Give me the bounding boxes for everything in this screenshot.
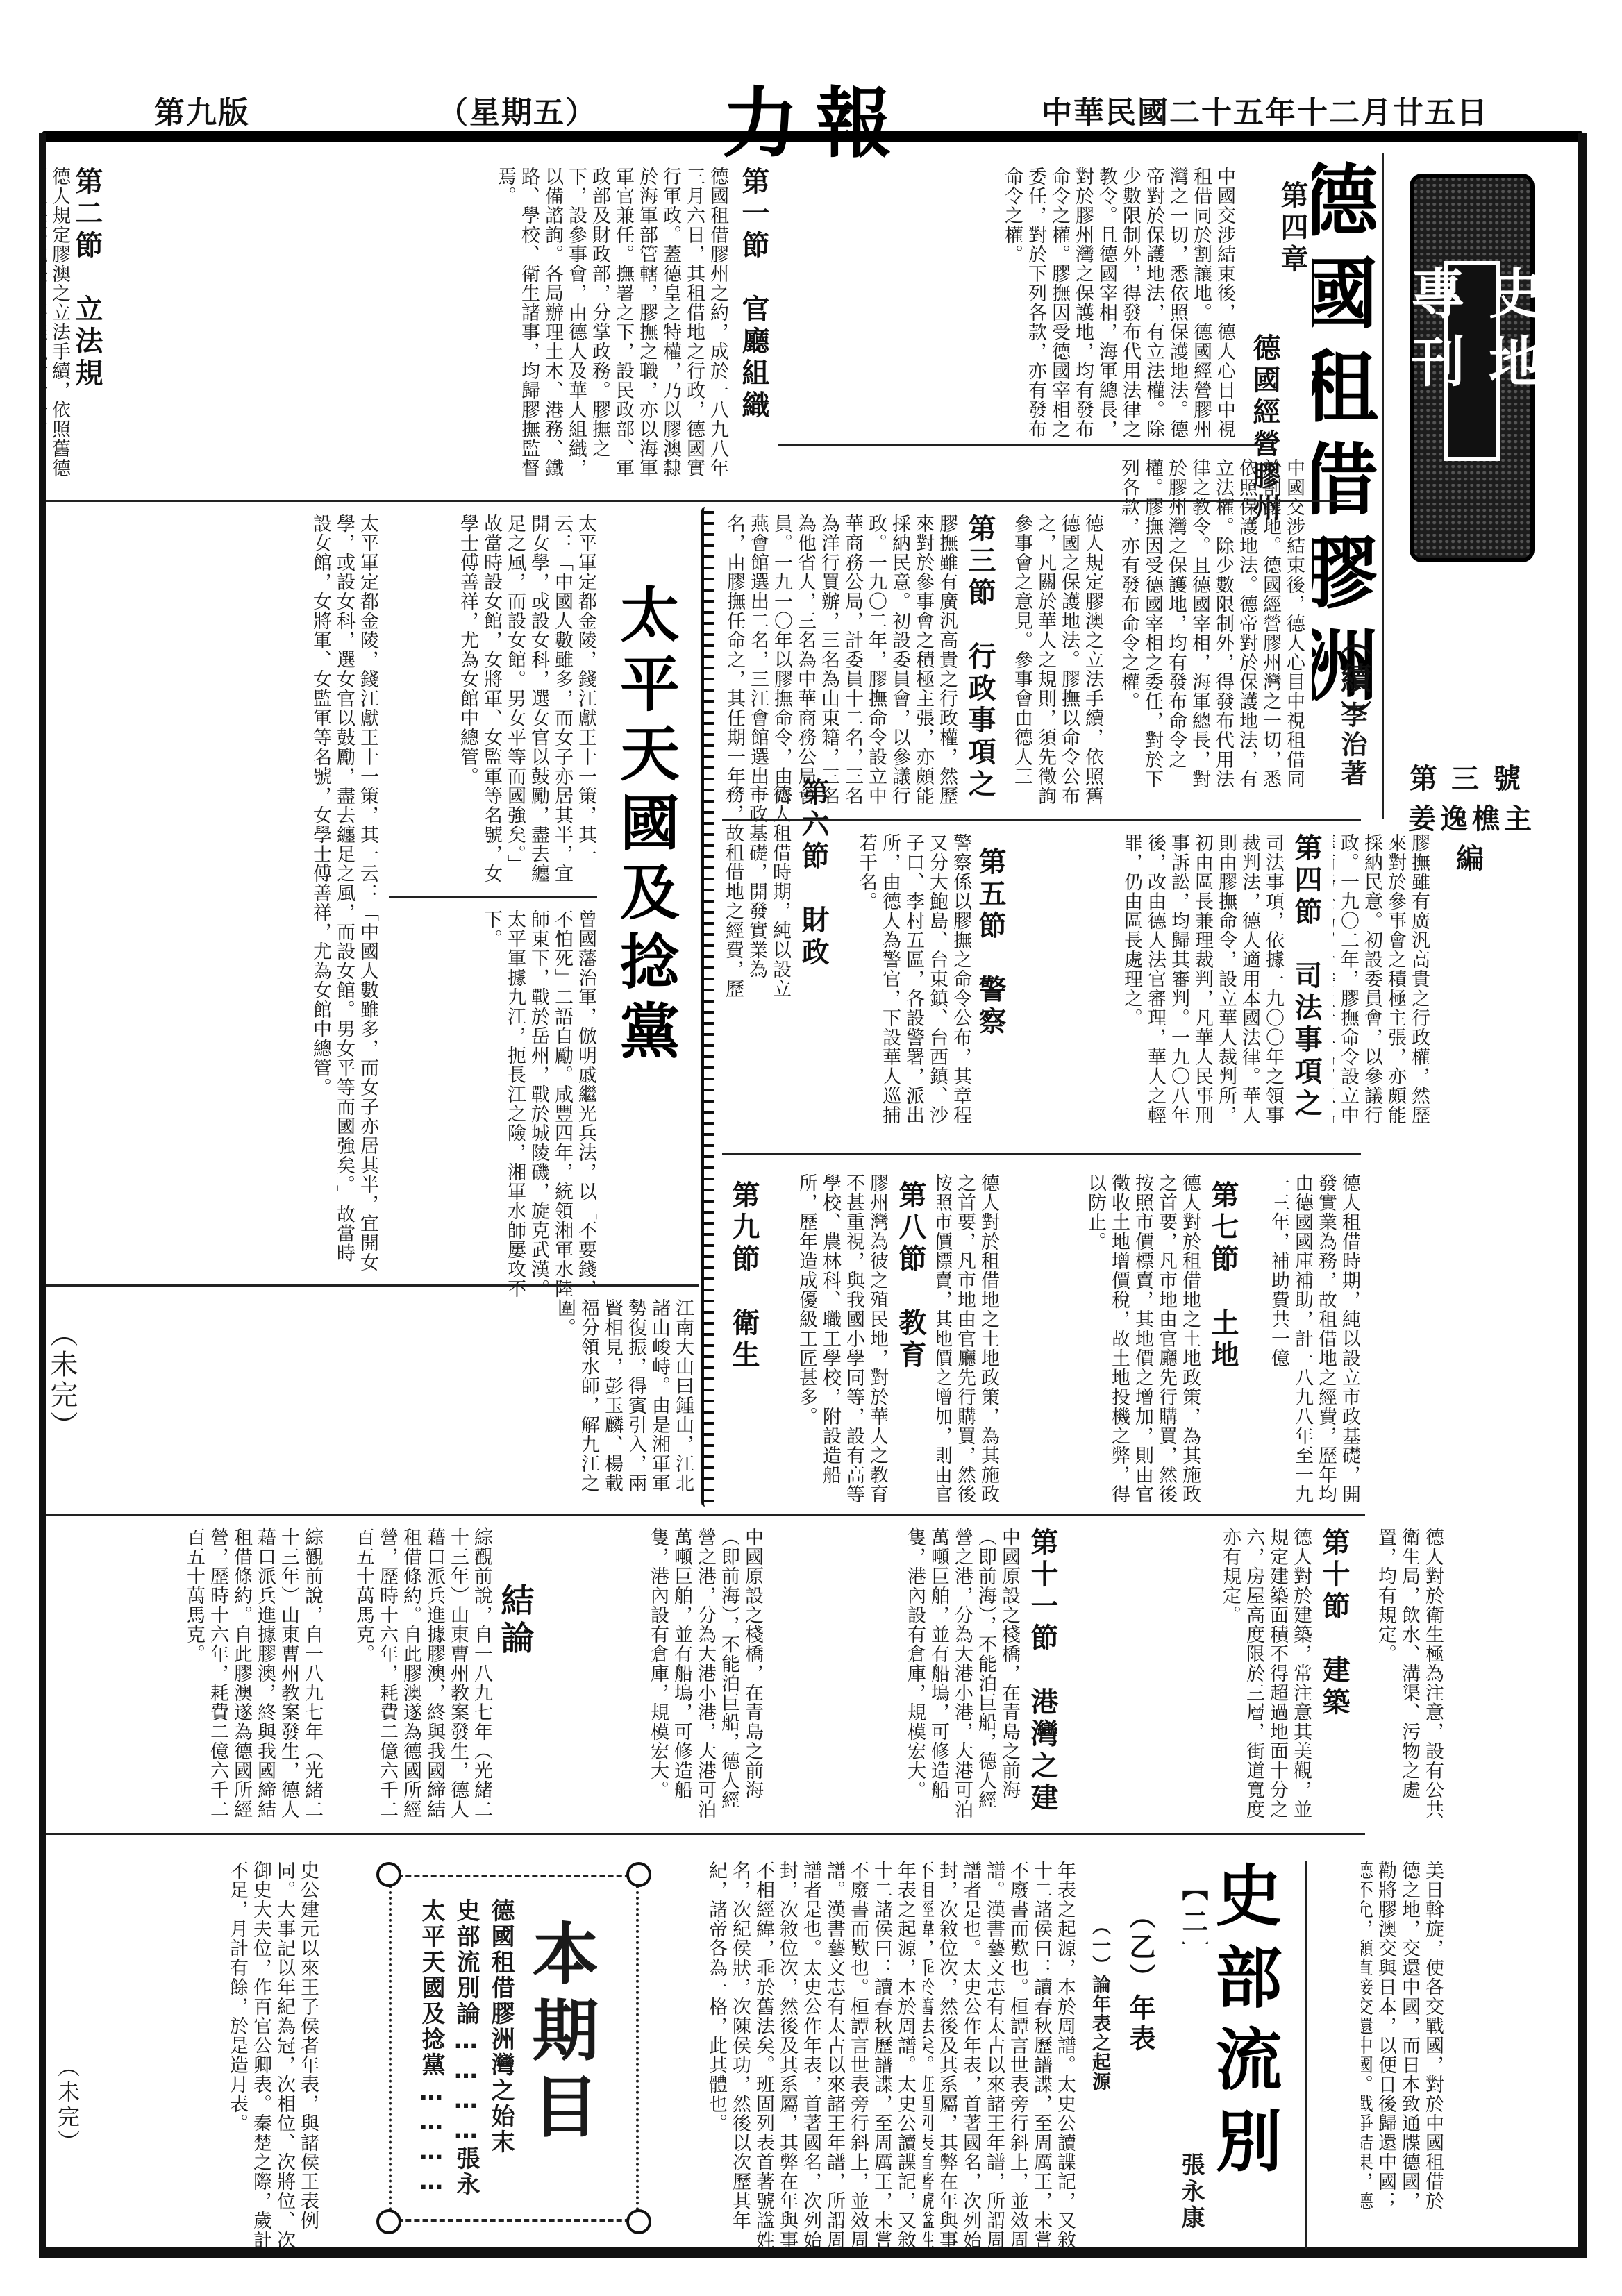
section-8-text: 膠州灣為彼之殖民地，對於華人之教育不甚重視，與我國小學同等，設有高等學校、農林科…	[771, 1173, 889, 1507]
section-11-heading: 第十一節 港灣之建築	[1028, 1527, 1062, 1819]
section-5-heading: 第五節 警察設置	[976, 847, 1010, 1055]
history-text-2: 史公建元以來王子侯者年表，與諸侯王表例同。大事記以年紀為冠，次相位、次將位、次御…	[62, 1861, 319, 2249]
conclusion-text: 綜觀前說，自一八九七年（光緒二十三年）山東曹州教案發生，德人藉口派兵進據膠澳，終…	[333, 1527, 493, 1819]
rule	[46, 1284, 699, 1287]
section-8-title: 教育	[896, 1308, 926, 1372]
section-9-number: 第九節	[729, 1180, 760, 1276]
section-10-heading: 第十節 建築	[1319, 1527, 1354, 1736]
article-germany-author: 李治著	[1337, 701, 1371, 812]
section-6-text: 德人租借時期，純以設立市政基礎，開發實業為務，故租借地之經費，歷年均由德國國庫補…	[722, 785, 792, 1007]
section-6-number: 第六節	[799, 778, 829, 873]
section-4-heading: 第四節 司法事項之施行	[1291, 833, 1326, 1125]
section-11-text: 中國原設之棧橋，在青島之前海（即前海），不能泊巨船，德人經營之港，分為大港小港，…	[771, 1527, 1021, 1819]
toc-item-leader: …………	[418, 2078, 445, 2197]
history-end-mark: （未完）	[56, 2055, 83, 2173]
taiping-body-text: 太平軍定都金陵，錢江獻王十一策，其一云：「中國人數雖多，而女子亦居其半，宜開女學…	[46, 514, 379, 1277]
history-text-cont: 年表之起源，本於周譜。太史公讀諜記，又敘十二諸侯曰：讀春秋歷譜諜，至周厲王，未嘗…	[653, 1861, 917, 2249]
column-banner: 史地專刊	[1410, 174, 1535, 562]
issue-number: 第三號	[1396, 757, 1548, 796]
section-5-number: 第五節	[976, 847, 1006, 943]
toc-item-leader: …………	[453, 2027, 480, 2146]
section-7-heading: 第七節 土地政策	[1208, 1180, 1243, 1402]
section-1-number: 第一節	[739, 167, 769, 262]
taiping-women-text: 太平軍定都金陵，錢江獻王十一策，其一云：「中國人數雖多，而女子亦居其半，宜開女學…	[389, 514, 597, 889]
section-10-number: 第十節	[1319, 1527, 1350, 1623]
taiping-end-mark: （未完）	[50, 1319, 82, 1444]
section-10-title: 建築	[1319, 1655, 1350, 1719]
toc-item-title: 史部流別論	[453, 1898, 480, 2027]
toc-item-2: 史部流別論…………張永康	[453, 1898, 483, 2204]
rule	[778, 444, 1264, 446]
section-2-heading: 第二節 立法規定	[72, 167, 107, 417]
weekday-label: （星期五）	[437, 87, 597, 132]
chapter-number: 第四章	[1278, 181, 1312, 319]
article-history-author: 張永康	[1173, 2152, 1208, 2256]
toc-title: 本期目錄	[532, 1919, 608, 2183]
toc-corner	[376, 1862, 401, 1887]
rule	[722, 1153, 1361, 1155]
rule	[46, 1833, 1365, 1835]
chapter-intro-text: 中國交涉結束後，德人心目中視租借同於割讓地。德國經營膠州灣之一切，悉依照保護地法…	[750, 167, 1236, 444]
history-subtitle: （乙）年表	[1125, 1902, 1160, 2069]
toc-corner	[626, 1862, 651, 1887]
section-11-cont-text: 中國原設之棧橋，在青島之前海（即前海），不能泊巨船，德人經營之港，分為大港小港，…	[549, 1527, 764, 1819]
section-6-heading: 第六節 財政計劃	[799, 778, 833, 986]
conclusion-heading: 結論	[500, 1583, 539, 1694]
edition-label: 第九版	[154, 87, 250, 132]
section-1-text: 德國租借膠州之約，成於一八九八年三月六日，其租借地之行政，德國實行軍政。蓋德皇之…	[111, 167, 729, 493]
banner-title: 史地專刊	[1394, 265, 1550, 457]
toc-corner	[626, 2209, 651, 2234]
section-7-number: 第七節	[1208, 1180, 1239, 1276]
article-history-title: 史部流別論	[1215, 1861, 1291, 2249]
taiping-end-text: 江南大山曰鍾山，江北諸山峻峙。由是湘軍軍勢復振，得賓引入，兩賢相見，彭玉麟、楊載…	[83, 1298, 694, 1507]
section-8-number: 第八節	[896, 1180, 926, 1276]
section-9-text: 德人對於衛生極為注意，設有公共衛生局，飲水、溝渠、污物之處置，均有規定。	[1361, 1527, 1444, 1819]
rule	[46, 1514, 1365, 1516]
section-4-number: 第四節	[1291, 833, 1322, 929]
toc-item-title: 太平天國及捻黨	[418, 1898, 445, 2078]
conclusion-cont-text: 綜觀前說，自一八九七年（光緒二十三年）山東曹州教案發生，德人藉口派兵進據膠澳，終…	[46, 1527, 324, 1819]
toc-item-3: 太平天國及捻黨…………	[418, 1898, 449, 2204]
section-4-intro-text: 膠撫雖有廣汎高貴之行政權，然歷來對於參事會之積極主張，亦頗能採納民意。初設委員會…	[1333, 833, 1430, 1125]
section-2-cont-text: 德人規定膠澳之立法手續，依照舊德國之保護地法。膠撫以命令公布之，凡關於華人之規則…	[1014, 514, 1104, 805]
taiping-zeng-text: 曾國藩治軍，倣明戚繼光兵法，以「不要錢，不怕死」二語自勵。咸豐四年，統領湘軍水陸…	[389, 910, 597, 1298]
section-7-text: 德人對於租借地之土地政策，為其施政之首要，凡市地由官廳先行購買，然後按照市價標賣…	[1000, 1173, 1201, 1507]
toc-corner	[376, 2209, 401, 2234]
toc-item-1: 德國租借膠洲灣之始末（續完）……李治著	[487, 1898, 518, 2204]
table-of-contents: 本期目錄 德國租借膠洲灣之始末（續完）……李治著 史部流別論…………張永康 太平…	[389, 1875, 639, 2222]
banner-inner: 史地專刊	[1444, 261, 1500, 461]
article-germany-ending-text: 美日斡旋，使各交戰國，對於中國租借於德之地，交還中國，而日本致通牒德國，勸將膠澳…	[1361, 1861, 1444, 2222]
section-4-text: 司法事項，依據一九〇〇年之領事裁判法，德人適用本國法律。華人則由膠撫命令，設立華…	[1021, 833, 1285, 1125]
issue-date: 中華民國二十五年十二月廿五日	[1042, 87, 1489, 132]
section-9-title: 衛生	[729, 1308, 760, 1372]
wavy-divider	[701, 507, 714, 1507]
rule	[389, 896, 597, 898]
section-9-heading: 第九節 衛生	[729, 1180, 764, 1389]
history-subsection: （一）論年表之起源	[1083, 1916, 1111, 2166]
section-7-cont-text: 德人對於租借地之土地政策，為其施政之首要，凡市地由官廳先行購買，然後按照市價標賣…	[937, 1173, 1000, 1507]
section-3-heading: 第三節 行政事項之設施	[965, 514, 1000, 805]
section-8-heading: 第八節 教育	[896, 1180, 930, 1389]
history-text: 年表之起源，本於周譜。太史公讀諜記，又敘十二諸侯曰：讀春秋歷譜諜，至周厲王，未嘗…	[923, 1861, 1076, 2249]
section-3-number: 第三節	[965, 514, 996, 610]
section-2-number: 第二節	[72, 167, 103, 262]
section-1-heading: 第一節 官廳組織	[739, 167, 774, 472]
article-taiping-title: 太平天國及捻黨	[611, 583, 687, 1208]
rule	[1305, 1861, 1307, 2249]
section-10-text: 德人對於建築，常注意其美觀，並規定建築面積不得超過地面十分之六，房屋高度限於三層…	[1069, 1527, 1312, 1819]
section-2-text: 德人規定膠澳之立法手續，依照舊德國之保護地法。膠撫以命令公布之，凡關於華人之規則…	[46, 167, 71, 493]
section-11-number: 第十一節	[1028, 1527, 1058, 1655]
section-3-text: 膠撫雖有廣汎高貴之行政權，然歷來對於參事會之積極主張，亦頗能採納民意。初設委員會…	[722, 514, 958, 805]
toc-item-title: 德國租借膠洲灣之始末（續完）	[487, 1898, 515, 2155]
article-history-part: 【二】	[1173, 1875, 1212, 1944]
section-1-title: 官廳組織	[739, 294, 769, 422]
rule	[46, 500, 1351, 502]
chapter-intro-cont: 中國交涉結束後，德人心目中視租借同於割讓地。德國經營膠州灣之一切，悉依照保護地法…	[1111, 458, 1305, 805]
section-6-cont-text: 德人租借時期，純以設立市政基礎，開發實業為務，故租借地之經費，歷年均由德國國庫補…	[1250, 1173, 1361, 1507]
